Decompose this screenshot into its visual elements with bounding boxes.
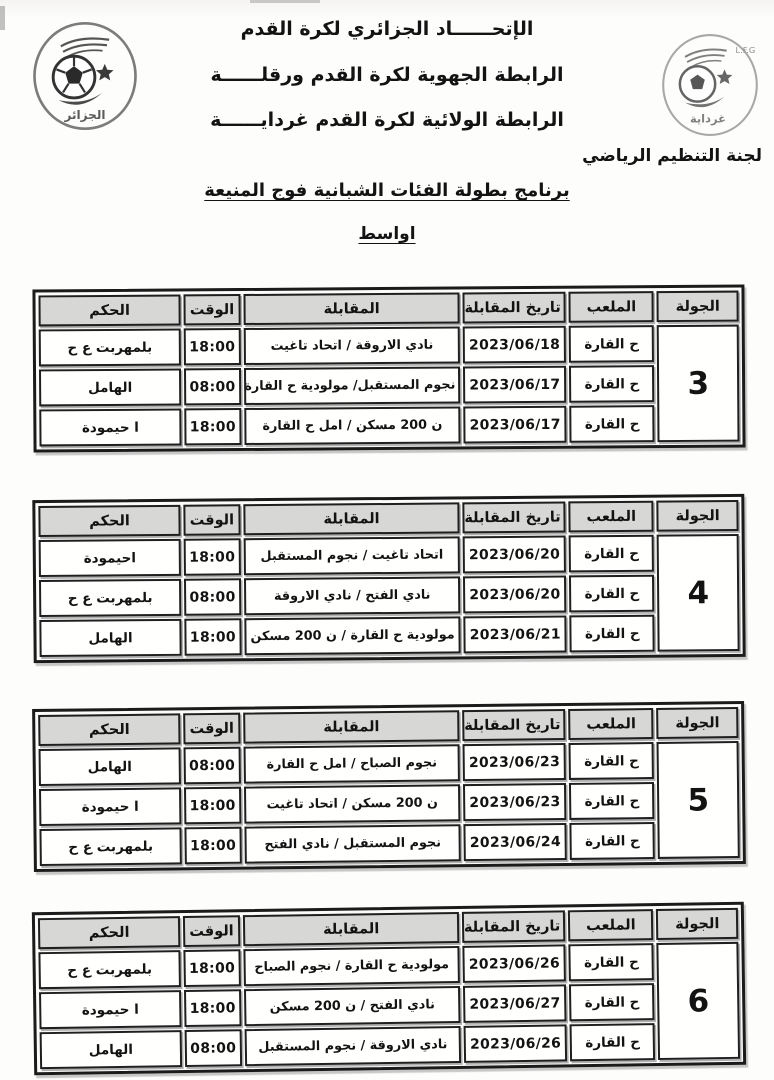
stadium-cell: ح القارة [569, 983, 655, 1021]
column-header-stadium: الملعب [569, 501, 654, 533]
stadium-cell: ح القارة [569, 405, 654, 443]
match-row: ح القارة2023/06/20نادي الفتح / نادي الار… [39, 574, 739, 617]
column-header-match: المقابلة [243, 710, 460, 743]
match-cell: ن 200 مسكن / امل ح القارة [244, 407, 461, 446]
round-table: الجولةالملعبتاريخ المقابلةالمقابلةالوقتا… [32, 701, 746, 872]
stadium-cell: ح القارة [569, 943, 655, 981]
match-row: ح القارة2023/06/24نجوم المستقبل / نادي ا… [39, 821, 739, 866]
round-table: الجولةالملعبتاريخ المقابلةالمقابلةالوقتا… [32, 494, 745, 663]
referee-cell: بلمهربت ع ح [38, 950, 181, 989]
column-header-round: الجولة [657, 500, 739, 532]
match-cell: نجوم الصباح / امل ح القارة [243, 744, 460, 783]
table-header-row: الجولةالملعبتاريخ المقابلةالمقابلةالوقتا… [38, 291, 738, 327]
date-cell: 2023/06/26 [463, 944, 566, 983]
referee-cell: الهامل [40, 1030, 183, 1069]
referee-cell: الهامل [39, 368, 181, 406]
date-cell: 2023/06/24 [464, 823, 567, 861]
date-cell: 2023/06/17 [464, 406, 567, 444]
match-cell: نجوم المستقبل / نادي الفتح [244, 824, 461, 863]
column-header-time: الوقت [183, 915, 240, 947]
round-number: 4 [657, 534, 740, 652]
column-header-round: الجولة [656, 908, 738, 940]
scan-smudge [250, 0, 320, 3]
table-header-row: الجولةالملعبتاريخ المقابلةالمقابلةالوقتا… [38, 500, 738, 537]
match-cell: مولودية ح القارة / نجوم الصباح [243, 946, 460, 986]
committee-label: لجنة التنظيم الرياضي [582, 146, 762, 166]
column-header-time: الوقت [183, 294, 240, 325]
time-cell: 18:00 [184, 787, 241, 825]
time-cell: 18:00 [184, 827, 241, 865]
column-header-referee: الحكم [38, 505, 180, 537]
date-cell: 2023/06/23 [463, 783, 566, 821]
column-header-time: الوقت [183, 504, 240, 535]
date-cell: 2023/06/17 [463, 366, 566, 404]
referee-cell: الهامل [39, 747, 181, 786]
referee-cell: بلمهربت ع ح [39, 579, 181, 617]
date-cell: 2023/06/23 [463, 743, 566, 781]
time-cell: 08:00 [184, 578, 241, 615]
time-cell: 18:00 [184, 328, 241, 365]
time-cell: 18:00 [184, 538, 241, 575]
column-header-stadium: الملعب [568, 708, 654, 740]
referee-cell: ا حيمودة [39, 990, 182, 1029]
match-cell: مولودية ح القارة / ن 200 مسكن [244, 616, 461, 655]
stadium-cell: ح القارة [569, 535, 654, 573]
referee-cell: الهامل [39, 619, 181, 657]
match-cell: ن 200 مسكن / اتحاد تاغيت [244, 784, 461, 823]
lfg-logo-acronym: L.F.G [735, 45, 755, 55]
time-cell: 18:00 [183, 949, 240, 987]
match-row: ح القارة2023/06/23ن 200 مسكن / اتحاد تاغ… [39, 781, 739, 826]
wilaya-league-title: الرابطة الولائية لكرة القدم غردايــــــة [0, 109, 774, 131]
stadium-cell: ح القارة [570, 1023, 656, 1061]
column-header-referee: الحكم [38, 713, 180, 746]
column-header-match: المقابلة [243, 502, 460, 535]
match-row: ح القارة2023/06/17نجوم المستقبل/ مولودية… [39, 365, 739, 407]
scanned-schedule-document: الجزائر L.F.G غرداية الإتحــــــاد الجزا… [0, 0, 774, 1080]
column-header-date: تاريخ المقابلة [463, 501, 566, 533]
column-header-match: المقابلة [243, 912, 460, 946]
stadium-cell: ح القارة [570, 822, 656, 860]
date-cell: 2023/06/20 [463, 575, 566, 613]
round-number: 6 [657, 942, 740, 1060]
referee-cell: بلمهربت ع ح [39, 328, 181, 366]
match-row: ح القارة2023/06/21مولودية ح القارة / ن 2… [39, 614, 739, 657]
match-cell: اتحاد تاغيت / نجوم المستقبل [243, 536, 460, 575]
column-header-date: تاريخ المقابلة [462, 709, 565, 741]
referee-cell: احيمودة [39, 539, 181, 577]
federation-title: الإتحــــــاد الجزائري لكرة القدم [0, 18, 774, 40]
stadium-cell: ح القارة [569, 575, 654, 613]
round-number: 3 [657, 325, 739, 443]
stadium-cell: ح القارة [570, 615, 655, 653]
time-cell: 08:00 [185, 1029, 242, 1067]
match-cell: نادي الفتح / ن 200 مسكن [244, 986, 461, 1026]
referee-cell: ا حيمودة [39, 787, 181, 826]
match-row: 5ح القارة2023/06/23نجوم الصباح / امل ح ا… [39, 741, 739, 786]
column-header-referee: الحكم [38, 294, 180, 326]
time-cell: 18:00 [184, 408, 241, 445]
match-cell: نادي الاروقة / نجوم المستقبل [244, 1026, 461, 1066]
round-table: الجولةالملعبتاريخ المقابلةالمقابلةالوقتا… [32, 902, 746, 1076]
column-header-date: تاريخ المقابلة [462, 910, 565, 943]
date-cell: 2023/06/21 [464, 615, 567, 653]
match-cell: نجوم المستقبل/ مولودية ح القارة [244, 367, 461, 406]
stadium-cell: ح القارة [569, 325, 654, 363]
time-cell: 18:00 [184, 989, 241, 1027]
column-header-referee: الحكم [38, 916, 180, 949]
match-row: 3ح القارة2023/06/18نادي الاروقة / اتحاد … [39, 325, 739, 367]
match-cell: نادي الاروقة / اتحاد تاغيت [244, 327, 461, 366]
time-cell: 08:00 [184, 747, 241, 785]
date-cell: 2023/06/20 [463, 535, 566, 573]
stadium-cell: ح القارة [569, 742, 655, 780]
stadium-cell: ح القارة [569, 365, 654, 403]
date-cell: 2023/06/27 [463, 984, 566, 1023]
round-number: 5 [657, 741, 740, 859]
column-header-round: الجولة [657, 291, 739, 323]
stadium-cell: ح القارة [569, 782, 655, 820]
referee-cell: بلمهربت ع ح [39, 827, 181, 866]
column-header-date: تاريخ المقابلة [463, 292, 566, 324]
column-header-stadium: الملعب [568, 909, 654, 941]
match-row: ح القارة2023/06/26نادي الاروقة / نجوم ال… [40, 1022, 740, 1069]
column-header-match: المقابلة [243, 293, 460, 326]
date-cell: 2023/06/18 [463, 326, 566, 364]
time-cell: 08:00 [184, 368, 241, 405]
program-title: برنامج بطولة الفئات الشبانية فوج المنيعة [0, 180, 774, 201]
date-cell: 2023/06/26 [464, 1024, 567, 1063]
schedule-tables: الجولةالملعبتاريخ المقابلةالمقابلةالوقتا… [33, 287, 745, 1070]
match-cell: نادي الفتح / نادي الاروقة [244, 576, 461, 615]
round-table: الجولةالملعبتاريخ المقابلةالمقابلةالوقتا… [32, 285, 745, 453]
category-label: اواسط [0, 224, 774, 244]
match-row: 6ح القارة2023/06/26مولودية ح القارة / نج… [38, 942, 738, 989]
match-row: ح القارة2023/06/27نادي الفتح / ن 200 مسك… [39, 982, 739, 1029]
column-header-stadium: الملعب [569, 291, 654, 323]
match-row: 4ح القارة2023/06/20اتحاد تاغيت / نجوم ال… [39, 534, 739, 577]
table-header-row: الجولةالملعبتاريخ المقابلةالمقابلةالوقتا… [38, 707, 738, 746]
regional-league-title: الرابطة الجهوية لكرة القدم ورقلــــــة [0, 64, 774, 86]
column-header-round: الجولة [657, 707, 739, 739]
time-cell: 18:00 [184, 618, 241, 655]
referee-cell: ا حيمودة [39, 408, 181, 446]
match-row: ح القارة2023/06/17ن 200 مسكن / امل ح الق… [39, 405, 739, 447]
column-header-time: الوقت [183, 713, 240, 745]
